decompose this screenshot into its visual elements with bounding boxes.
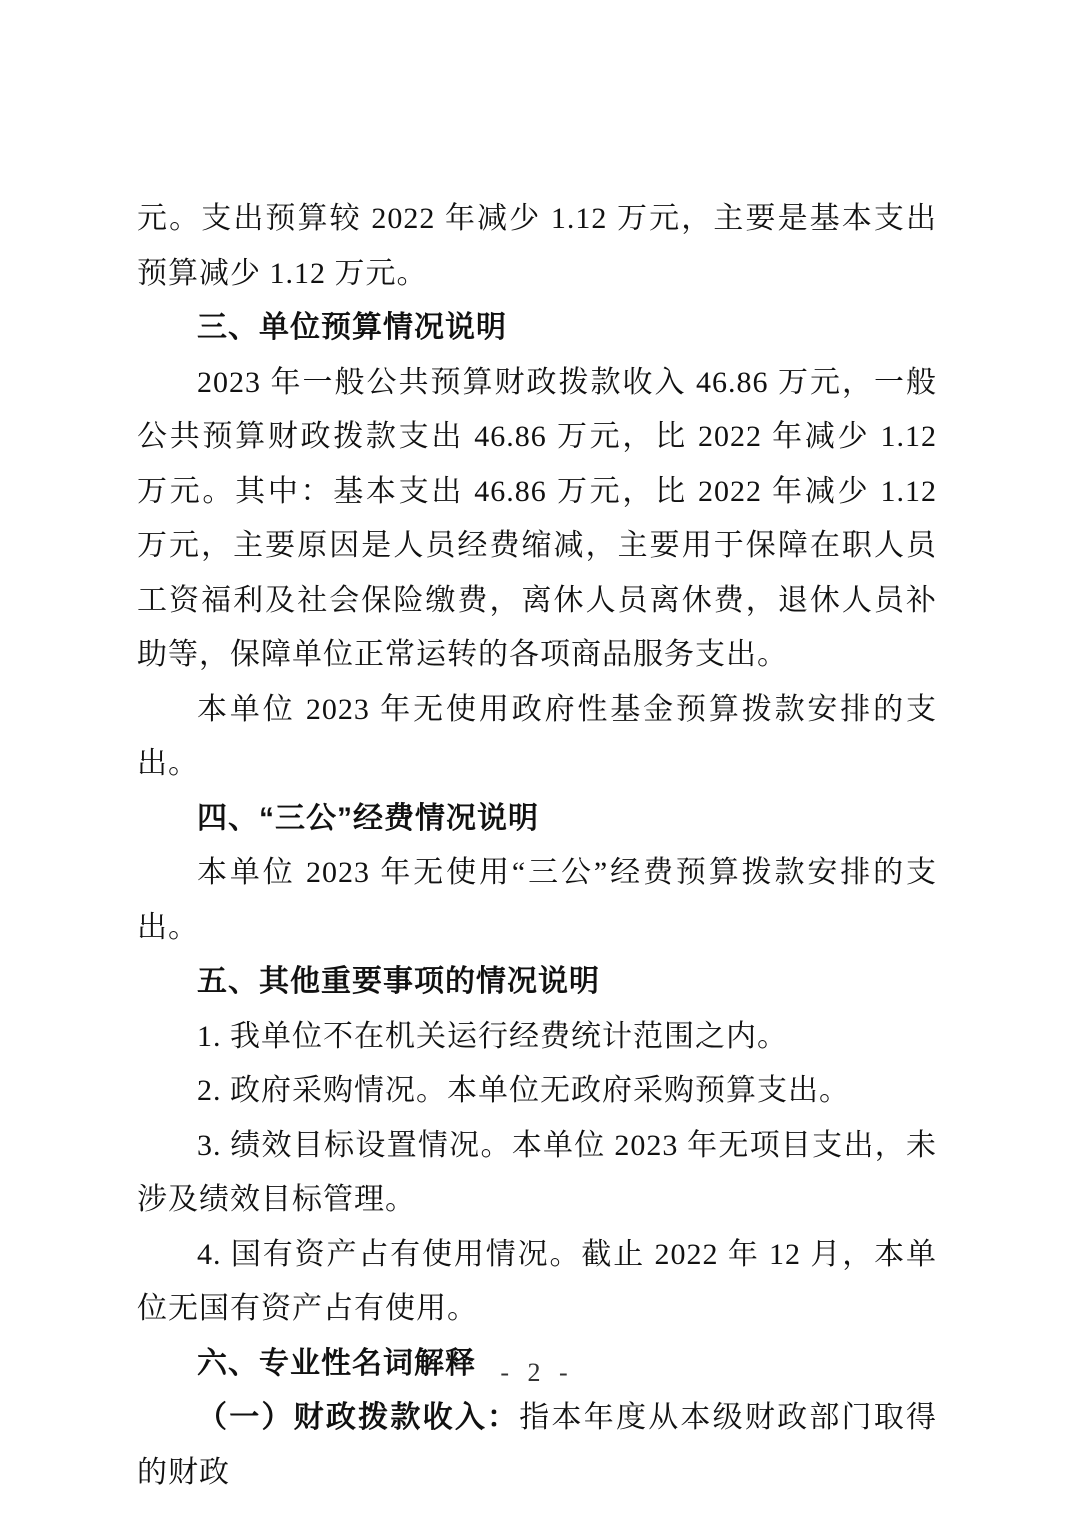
paragraph-budget-detail: 2023 年一般公共预算财政拨款收入 46.86 万元，一般公共预算财政拨款支出…	[137, 356, 937, 683]
paragraph-item-1: 1. 我单位不在机关运行经费统计范围之内。	[137, 1010, 937, 1065]
section-heading-three-public-expenses: 四、“三公”经费情况说明	[137, 792, 937, 847]
paragraph-item-2: 2. 政府采购情况。本单位无政府采购预算支出。	[137, 1064, 937, 1119]
document-page: 元。支出预算较 2022 年减少 1.12 万元，主要是基本支出预算减少 1.1…	[0, 0, 1074, 1520]
paragraph-continuation: 元。支出预算较 2022 年减少 1.12 万元，主要是基本支出预算减少 1.1…	[137, 192, 937, 301]
section-heading-budget-explanation: 三、单位预算情况说明	[137, 301, 937, 356]
paragraph-item-4: 4. 国有资产占有使用情况。截止 2022 年 12 月，本单位无国有资产占有使…	[137, 1228, 937, 1337]
paragraph-term-definition: （一）财政拨款收入：指本年度从本级财政部门取得的财政	[137, 1391, 937, 1500]
paragraph-item-3: 3. 绩效目标设置情况。本单位 2023 年无项目支出，未涉及绩效目标管理。	[137, 1119, 937, 1228]
section-heading-other-important-items: 五、其他重要事项的情况说明	[137, 955, 937, 1010]
term-label: （一）财政拨款收入：	[197, 1401, 519, 1434]
paragraph-three-public-expenses: 本单位 2023 年无使用“三公”经费预算拨款安排的支出。	[137, 846, 937, 955]
page-body: 元。支出预算较 2022 年减少 1.12 万元，主要是基本支出预算减少 1.1…	[137, 192, 937, 1500]
page-number: - 2 -	[0, 1358, 1074, 1388]
paragraph-gov-fund: 本单位 2023 年无使用政府性基金预算拨款安排的支出。	[137, 683, 937, 792]
